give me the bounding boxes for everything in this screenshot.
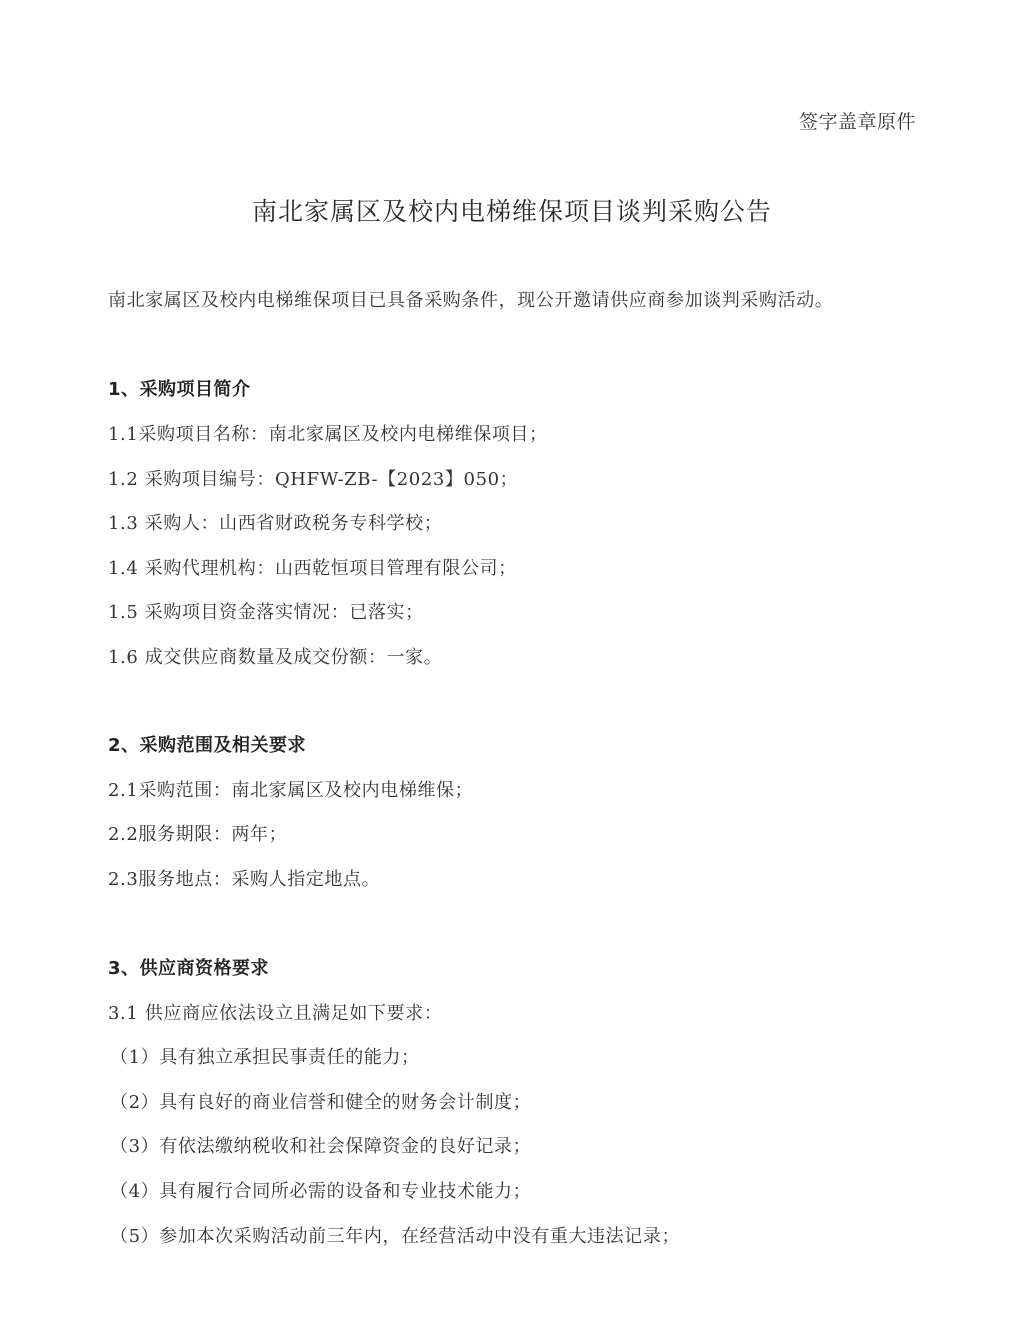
section-1-item-2: 1.2 采购项目编号：QHFW-ZB-【2023】050；	[108, 465, 518, 491]
section-heading-2: 2、采购范围及相关要求	[108, 731, 306, 757]
section-3-item-6: （5）参加本次采购活动前三年内，在经营活动中没有重大违法记录；	[110, 1222, 680, 1248]
section-heading-3: 3、供应商资格要求	[108, 954, 269, 980]
section-1-item-1: 1.1采购项目名称：南北家属区及校内电梯维保项目；	[108, 420, 548, 446]
section-3-item-3: （2）具有良好的商业信誉和健全的财务会计制度；	[110, 1088, 531, 1114]
intro-paragraph: 南北家属区及校内电梯维保项目已具备采购条件，现公开邀请供应商参加谈判采购活动。	[108, 286, 833, 312]
section-1-item-6: 1.6 成交供应商数量及成交份额：一家。	[108, 643, 442, 669]
section-1-item-4: 1.4 采购代理机构：山西乾恒项目管理有限公司；	[108, 554, 517, 580]
section-heading-1: 1、采购项目简介	[108, 375, 251, 401]
document-title: 南北家属区及校内电梯维保项目谈判采购公告	[0, 192, 1024, 228]
section-3-item-4: （3）有依法缴纳税收和社会保障资金的良好记录；	[110, 1132, 531, 1158]
section-1-item-5: 1.5 采购项目资金落实情况：已落实；	[108, 598, 424, 624]
section-3-item-1: 3.1 供应商应依法设立且满足如下要求：	[108, 999, 442, 1025]
stamp-note: 签字盖章原件	[799, 107, 916, 134]
section-3-item-2: （1）具有独立承担民事责任的能力；	[110, 1043, 420, 1069]
section-2-item-3: 2.3服务地点：采购人指定地点。	[108, 865, 380, 891]
document-page: 签字盖章原件 南北家属区及校内电梯维保项目谈判采购公告 南北家属区及校内电梯维保…	[0, 0, 1024, 1325]
section-1-item-3: 1.3 采购人：山西省财政税务专科学校；	[108, 509, 442, 535]
section-2-item-2: 2.2服务期限：两年；	[108, 820, 287, 846]
section-2-item-1: 2.1采购范围：南北家属区及校内电梯维保；	[108, 776, 473, 802]
section-3-item-5: （4）具有履行合同所必需的设备和专业技术能力；	[110, 1177, 531, 1203]
